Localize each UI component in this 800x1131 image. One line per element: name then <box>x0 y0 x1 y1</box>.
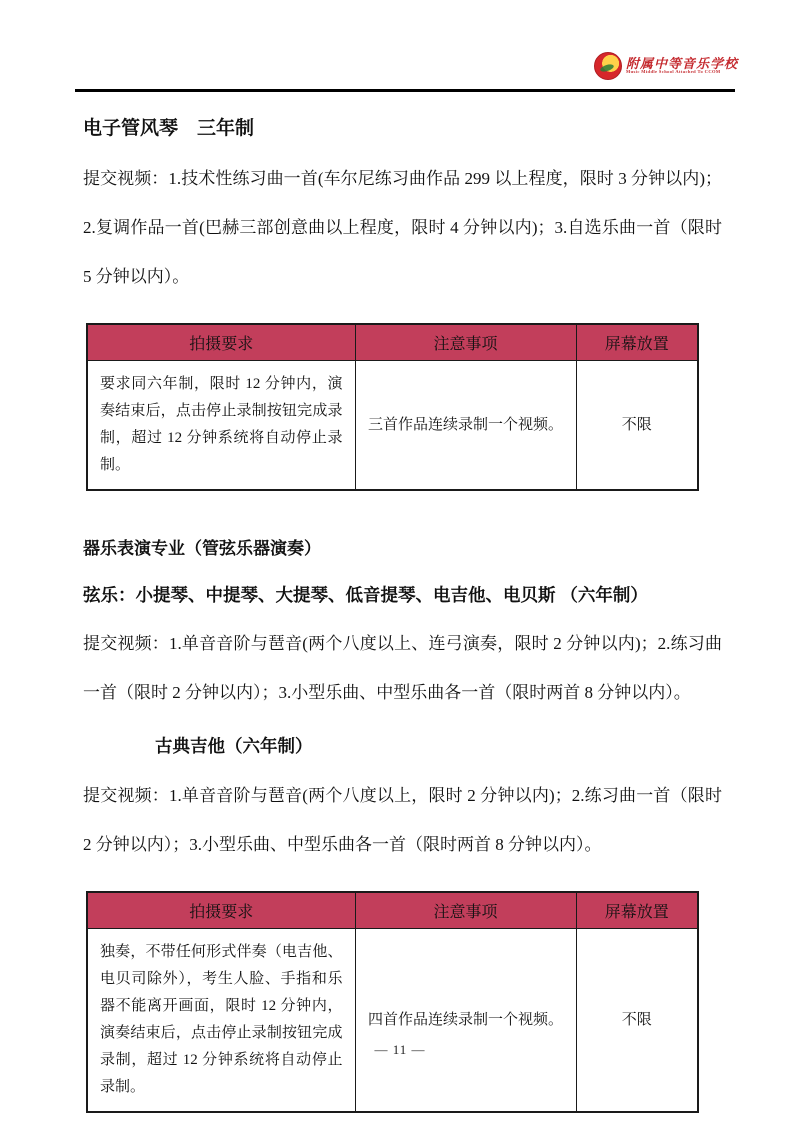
logo-english-name: Music Middle School Attached To CCOM <box>626 70 738 75</box>
table-1-cell-notes: 三首作品连续录制一个视频。 <box>355 361 576 491</box>
section-title-classical-guitar: 古典吉他（六年制） <box>155 733 722 759</box>
table-2-header-row: 拍摄要求 注意事项 屏幕放置 <box>87 892 698 929</box>
table-2-header-notes: 注意事项 <box>355 892 576 929</box>
table-1-header-row: 拍摄要求 注意事项 屏幕放置 <box>87 324 698 361</box>
table-2-header-screen-placement: 屏幕放置 <box>576 892 698 929</box>
header-divider-line <box>75 89 735 92</box>
table-2-cell-shooting-requirements: 独奏，不带任何形式伴奏（电吉他、电贝司除外），考生人脸、手指和乐器不能离开画面，… <box>87 929 355 1113</box>
paragraph-electronic-organ-requirements: 提交视频：1.技术性练习曲一首(车尔尼练习曲作品 299 以上程度，限时 3 分… <box>83 154 722 301</box>
school-emblem-icon <box>594 52 622 80</box>
recording-requirements-table-2: 拍摄要求 注意事项 屏幕放置 独奏，不带任何形式伴奏（电吉他、电贝司除外），考生… <box>86 891 699 1113</box>
school-logo: 附属中等音乐学校 Music Middle School Attached To… <box>594 52 738 80</box>
paragraph-classical-guitar-requirements: 提交视频：1.单音音阶与琶音(两个八度以上，限时 2 分钟以内)；2.练习曲一首… <box>83 771 722 869</box>
document-content: 电子管风琴 三年制 提交视频：1.技术性练习曲一首(车尔尼练习曲作品 299 以… <box>0 116 800 1113</box>
logo-text-block: 附属中等音乐学校 Music Middle School Attached To… <box>626 57 738 75</box>
table-1-data-row: 要求同六年制，限时 12 分钟内，演奏结束后，点击停止录制按钮完成录制，超过 1… <box>87 361 698 491</box>
table-1-cell-shooting-requirements: 要求同六年制，限时 12 分钟内，演奏结束后，点击停止录制按钮完成录制，超过 1… <box>87 361 355 491</box>
subtitle-strings-list: 弦乐：小提琴、中提琴、大提琴、低音提琴、电吉他、电贝斯 （六年制） <box>83 583 722 607</box>
table-2-cell-notes: 四首作品连续录制一个视频。 <box>355 929 576 1113</box>
table-2-header-shooting-requirements: 拍摄要求 <box>87 892 355 929</box>
page-number: — 11 — <box>0 1042 800 1058</box>
table-1-cell-screen-placement: 不限 <box>576 361 698 491</box>
recording-requirements-table-1: 拍摄要求 注意事项 屏幕放置 要求同六年制，限时 12 分钟内，演奏结束后，点击… <box>86 323 699 491</box>
page-header: 附属中等音乐学校 Music Middle School Attached To… <box>0 0 800 92</box>
table-1-header-screen-placement: 屏幕放置 <box>576 324 698 361</box>
table-1-header-notes: 注意事项 <box>355 324 576 361</box>
document-page: 附属中等音乐学校 Music Middle School Attached To… <box>0 0 800 1131</box>
section-title-instrumental-performance: 器乐表演专业（管弦乐器演奏） <box>83 537 722 561</box>
table-2-data-row: 独奏，不带任何形式伴奏（电吉他、电贝司除外），考生人脸、手指和乐器不能离开画面，… <box>87 929 698 1113</box>
table-2-cell-screen-placement: 不限 <box>576 929 698 1113</box>
paragraph-strings-requirements: 提交视频：1.单音音阶与琶音(两个八度以上、连弓演奏，限时 2 分钟以内)；2.… <box>83 619 722 717</box>
table-1-header-shooting-requirements: 拍摄要求 <box>87 324 355 361</box>
section-title-electronic-organ: 电子管风琴 三年制 <box>83 116 722 142</box>
logo-chinese-name: 附属中等音乐学校 <box>626 57 738 71</box>
